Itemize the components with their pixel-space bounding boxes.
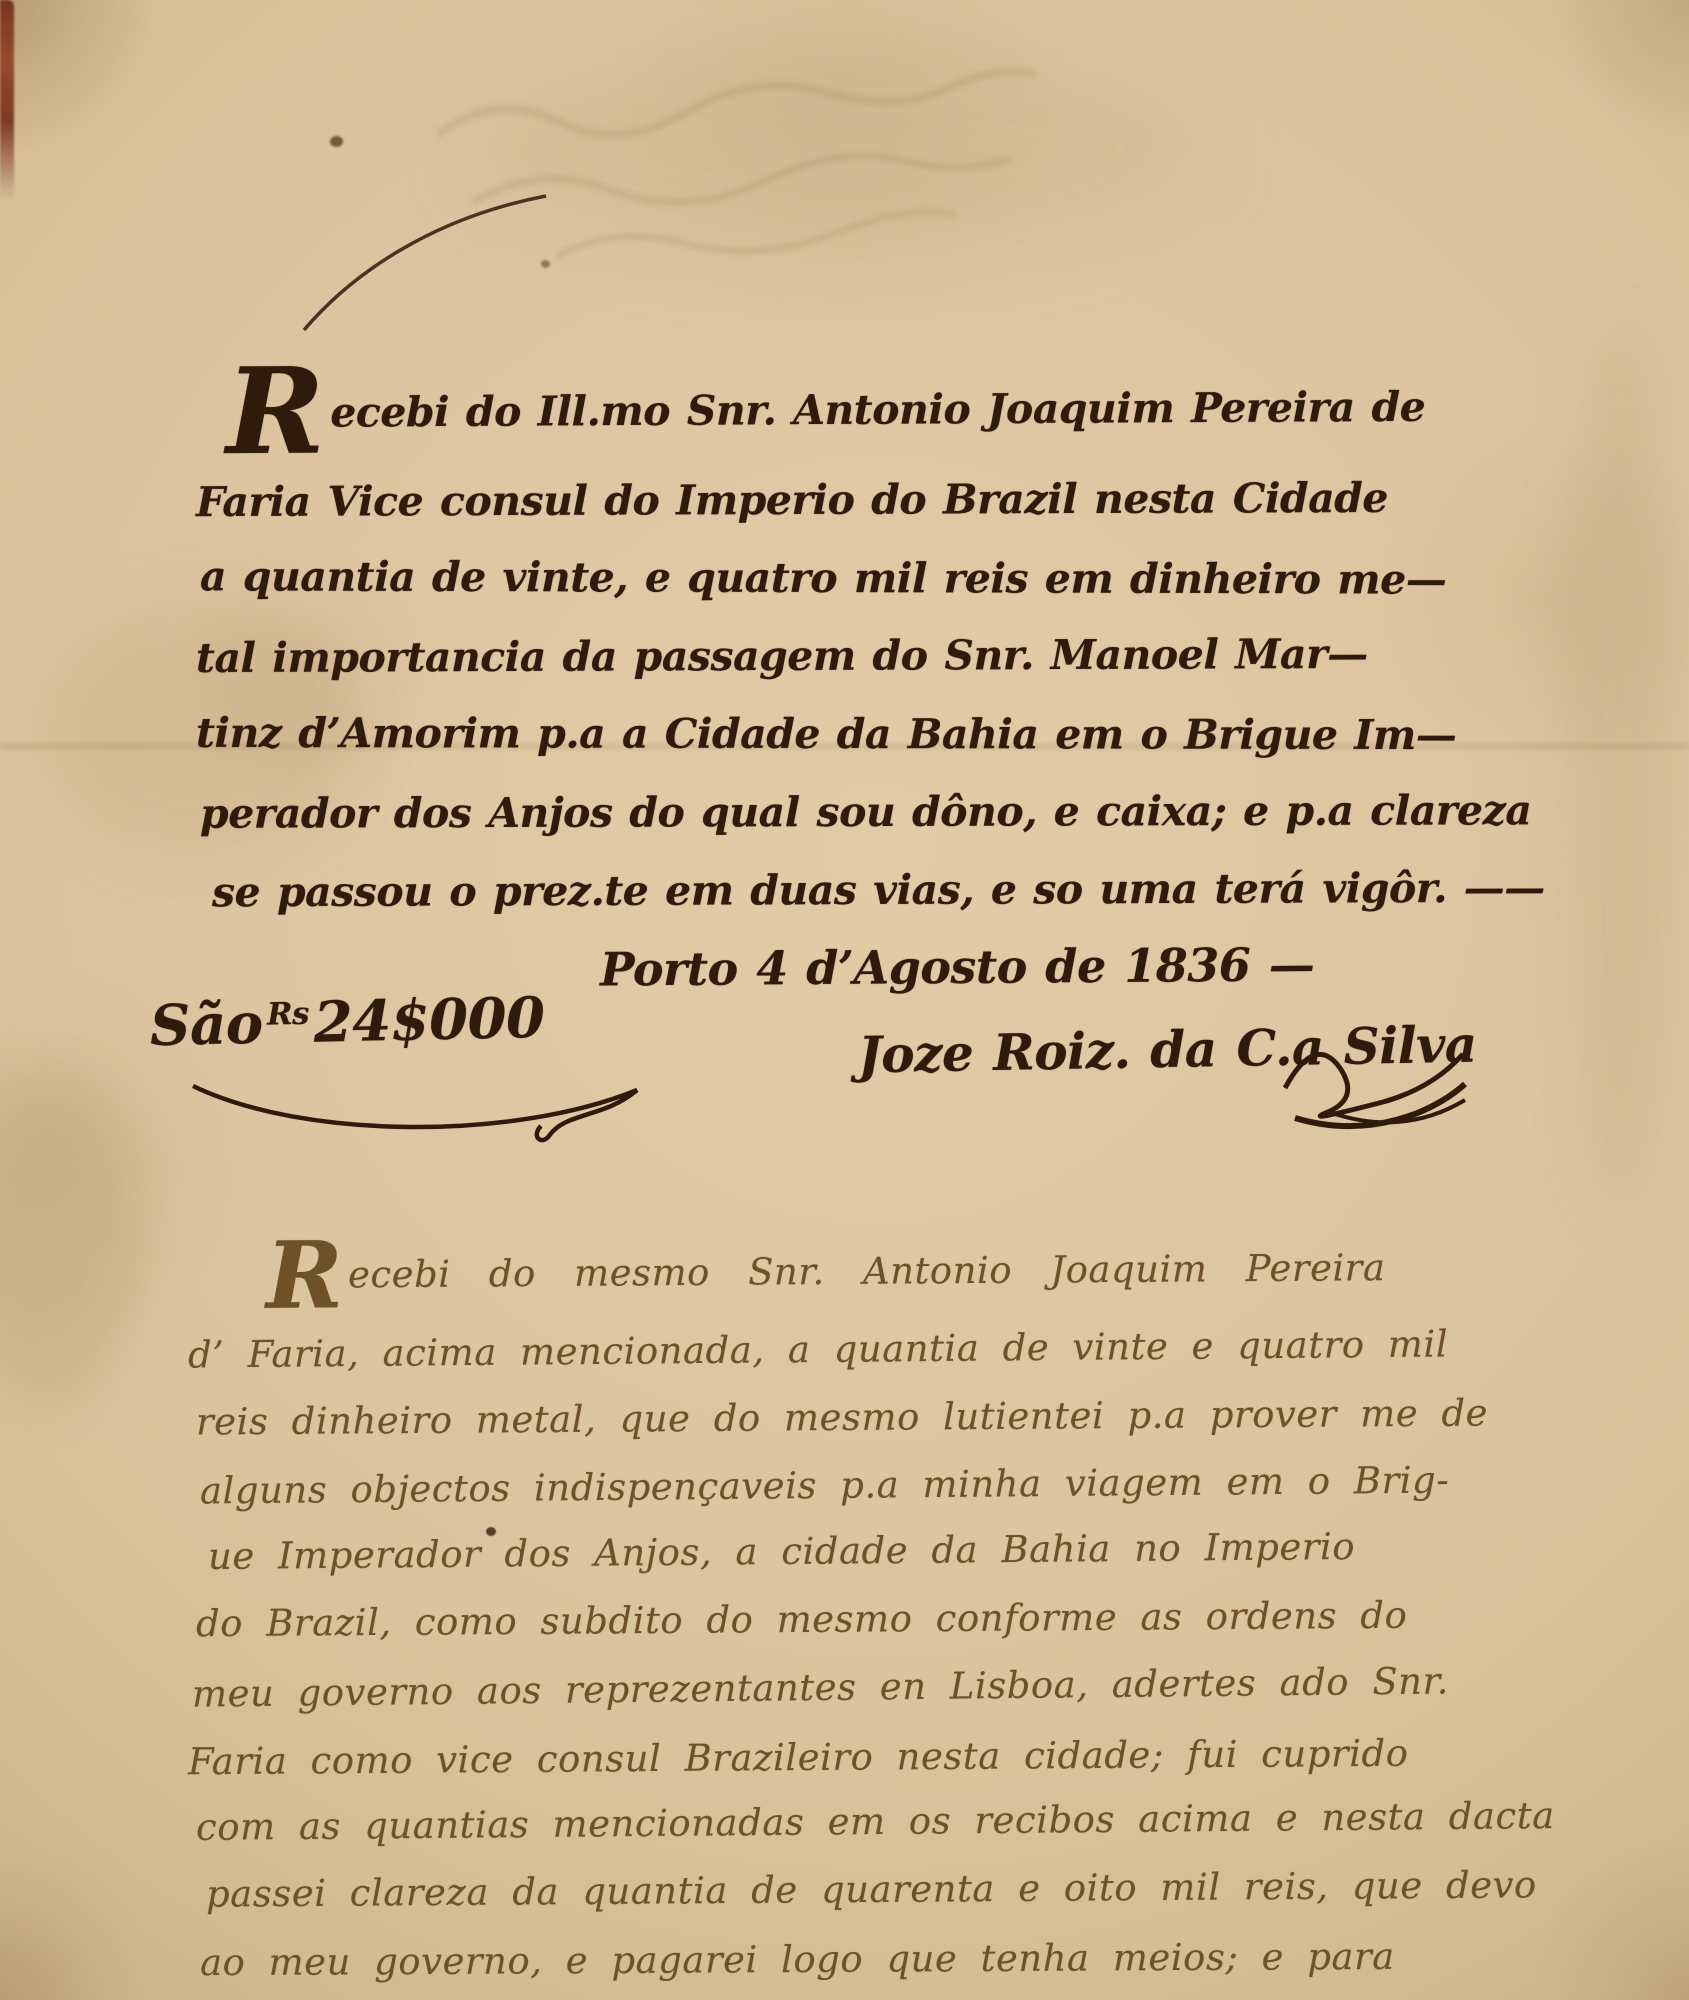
receipt1-line-1-text: ecebi do Ill.mo Snr. Antonio Joaquim Per… <box>330 383 1425 437</box>
receipt2-line-9: com as quantias mencionadas em os recibo… <box>196 1796 1555 1849</box>
receipt1-signature: Joze Roiz. da C.a Silva <box>858 1017 1478 1083</box>
receipt2-line-1: Recebi do mesmo Snr. Antonio Joaquim Per… <box>266 1248 1386 1297</box>
receipt1-amount: SãoRs24$000 <box>149 988 545 1058</box>
receipt1-line-6: perador dos Anjos do qual sou dôno, e ca… <box>200 788 1532 837</box>
receipt1-line-7: se passou o prez.te em duas vias, e so u… <box>212 866 1545 916</box>
paper-stain <box>0 1080 140 1400</box>
receipt2-line-2: d’ Faria, acima mencionada, a quantia de… <box>188 1325 1448 1377</box>
receipt2-line-3: reis dinheiro metal, que do mesmo lutien… <box>196 1393 1488 1443</box>
receipt2-line-4: alguns objectos indispençaveis p.a minha… <box>200 1461 1450 1513</box>
flourished-initial-R: R <box>266 1221 344 1331</box>
receipt2-line-8: Faria como vice consul Brazileiro nesta … <box>188 1734 1409 1783</box>
receipt1-dateline: Porto 4 d’Agosto de 1836 — <box>600 940 1315 996</box>
receipt2-line-6: do Brazil, como subdito do mesmo conform… <box>196 1596 1408 1645</box>
edge-paint-mark <box>0 0 14 200</box>
receipt1-line-4: tal importancia da passagem do Snr. Mano… <box>196 632 1368 681</box>
receipt2-line-11: ao meu governo, e pagarei logo que tenha… <box>200 1937 1395 1984</box>
bleed-through-smudge <box>424 25 1157 285</box>
receipt1-line-3: a quantia de vinte, e quatro mil reis em… <box>200 554 1446 602</box>
amount-currency-superscript: Rs <box>267 995 310 1032</box>
receipt1-line-2: Faria Vice consul do Imperio do Brazil n… <box>196 476 1388 525</box>
receipt1-line-1: Recebi do Ill.mo Snr. Antonio Joaquim Pe… <box>226 385 1426 436</box>
receipt1-line-5: tinz d’Amorim p.a a Cidade da Bahia em o… <box>196 711 1456 758</box>
ink-spot <box>330 136 343 147</box>
manuscript-page: Recebi do Ill.mo Snr. Antonio Joaquim Pe… <box>0 0 1689 2000</box>
receipt2-line-10: passei clareza da quantia de quarenta e … <box>206 1865 1537 1915</box>
amount-value: 24$000 <box>313 985 545 1056</box>
amount-prefix: São <box>149 991 263 1059</box>
flourished-initial-R: R <box>226 342 325 483</box>
pen-flourish-underline <box>185 1078 655 1148</box>
receipt2-line-5: ue Imperador dos Anjos, a cidade da Bahi… <box>208 1527 1355 1578</box>
receipt2-line-7: meu governo aos reprezentantes en Lisboa… <box>192 1661 1449 1715</box>
paper-stain <box>1560 320 1680 1220</box>
receipt2-line-1-text: ecebi do mesmo Snr. Antonio Joaquim Pere… <box>348 1246 1386 1296</box>
